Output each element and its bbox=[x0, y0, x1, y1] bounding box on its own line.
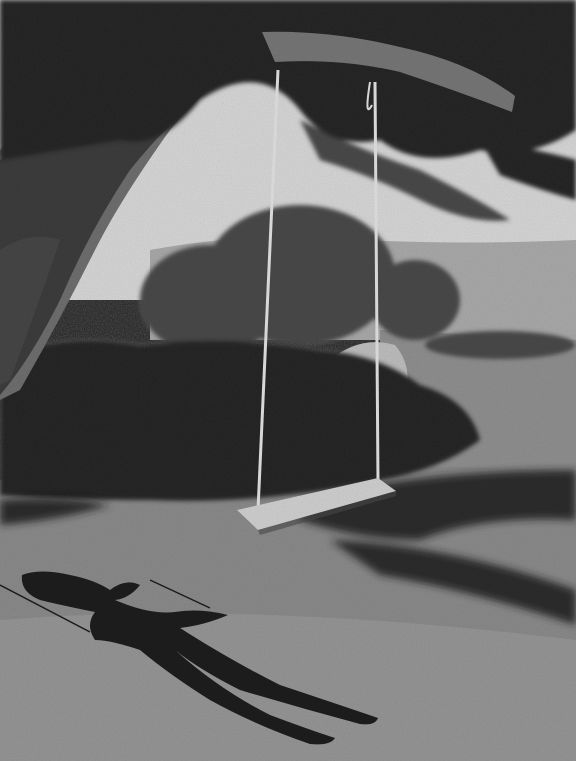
scene-canvas bbox=[0, 0, 576, 761]
ground-highlight bbox=[0, 613, 576, 761]
photograph: Empty wooden rope swing hanging from a l… bbox=[0, 0, 576, 761]
